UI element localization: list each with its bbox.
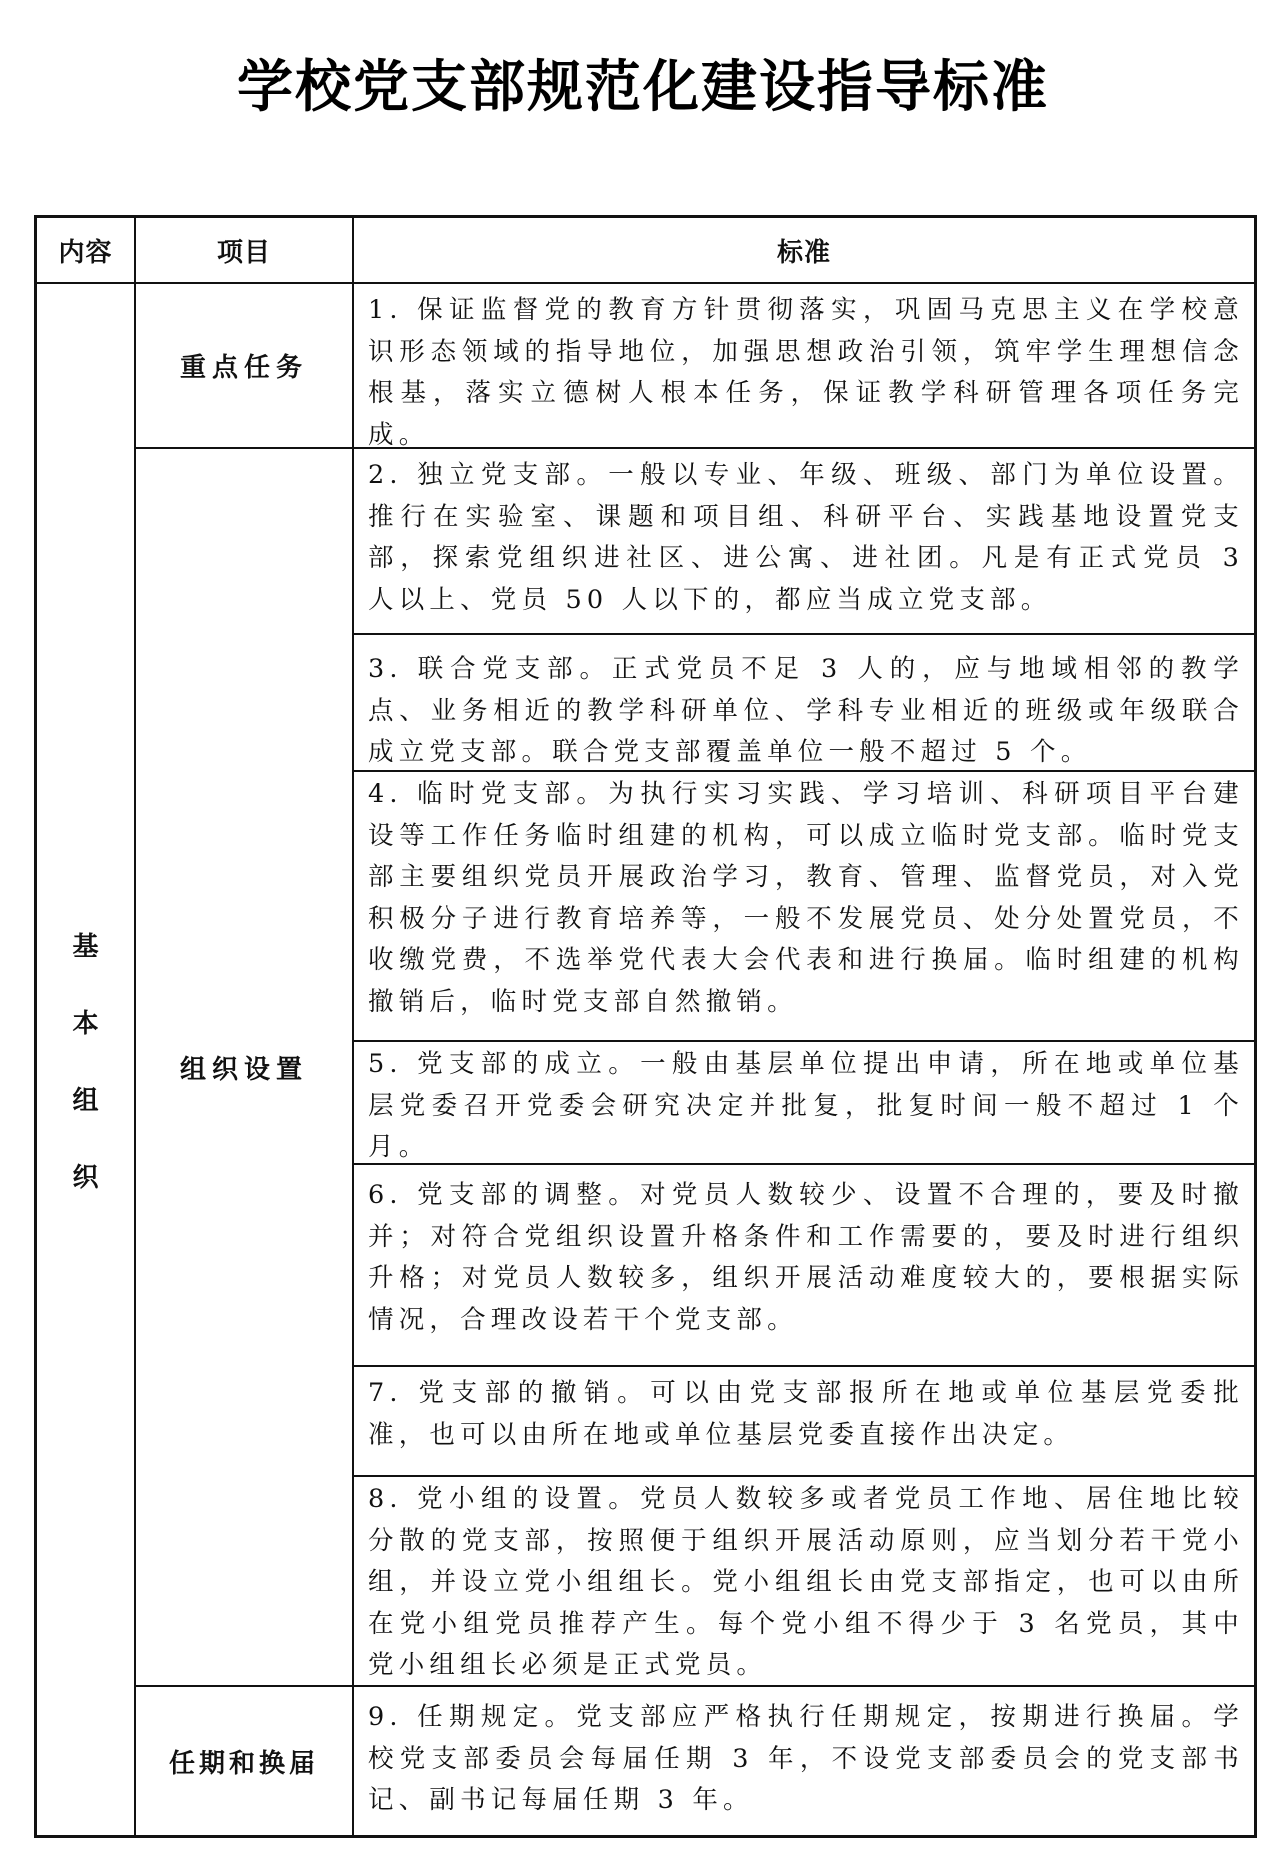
standard-6: 6. 党支部的调整。对党员人数较少、设置不合理的，要及时撤并；对符合党组织设置升… xyxy=(354,1165,1254,1365)
standard-5: 5. 党支部的成立。一般由基层单位提出申请，所在地或单位基层党委召开党委会研究决… xyxy=(354,1042,1254,1163)
header-item: 项目 xyxy=(136,218,352,282)
header-content: 内容 xyxy=(37,218,134,282)
standard-2: 2. 独立党支部。一般以专业、年级、班级、部门为单位设置。推行在实验室、课题和项… xyxy=(354,449,1254,633)
standard-1: 1. 保证监督党的教育方针贯彻落实，巩固马克思主义在学校意识形态领域的指导地位，… xyxy=(354,284,1254,447)
header-standard: 标准 xyxy=(354,218,1254,282)
standard-3: 3. 联合党支部。正式党员不足 3 人的，应与地域相邻的教学点、业务相近的教学科… xyxy=(354,635,1254,770)
standard-8: 8. 党小组的设置。党员人数较多或者党员工作地、居住地比较分散的党支部，按照便于… xyxy=(354,1477,1254,1685)
content-char: 本 xyxy=(72,1003,98,1040)
item-key-tasks: 重点任务 xyxy=(136,284,352,447)
standard-7: 7. 党支部的撤销。可以由党支部报所在地或单位基层党委批准，也可以由所在地或单位… xyxy=(354,1367,1254,1475)
content-char: 组 xyxy=(72,1080,98,1117)
content-char: 基 xyxy=(72,926,98,963)
document-title: 学校党支部规范化建设指导标准 xyxy=(0,52,1286,124)
item-term-and-election: 任期和换届 xyxy=(136,1687,352,1835)
content-char: 织 xyxy=(72,1157,98,1194)
content-group-basic-organization: 基 本 组 织 xyxy=(37,284,134,1835)
item-organization-setup: 组织设置 xyxy=(136,449,352,1685)
standards-table: 内容 项目 标准 基 本 组 织 重点任务 组织设置 任期和换届 1. 保证监督… xyxy=(34,215,1257,1838)
standard-4: 4. 临时党支部。为执行实习实践、学习培训、科研项目平台建设等工作任务临时组建的… xyxy=(354,772,1254,1040)
standard-9: 9. 任期规定。党支部应严格执行任期规定，按期进行换届。学校党支部委员会每届任期… xyxy=(354,1687,1254,1835)
